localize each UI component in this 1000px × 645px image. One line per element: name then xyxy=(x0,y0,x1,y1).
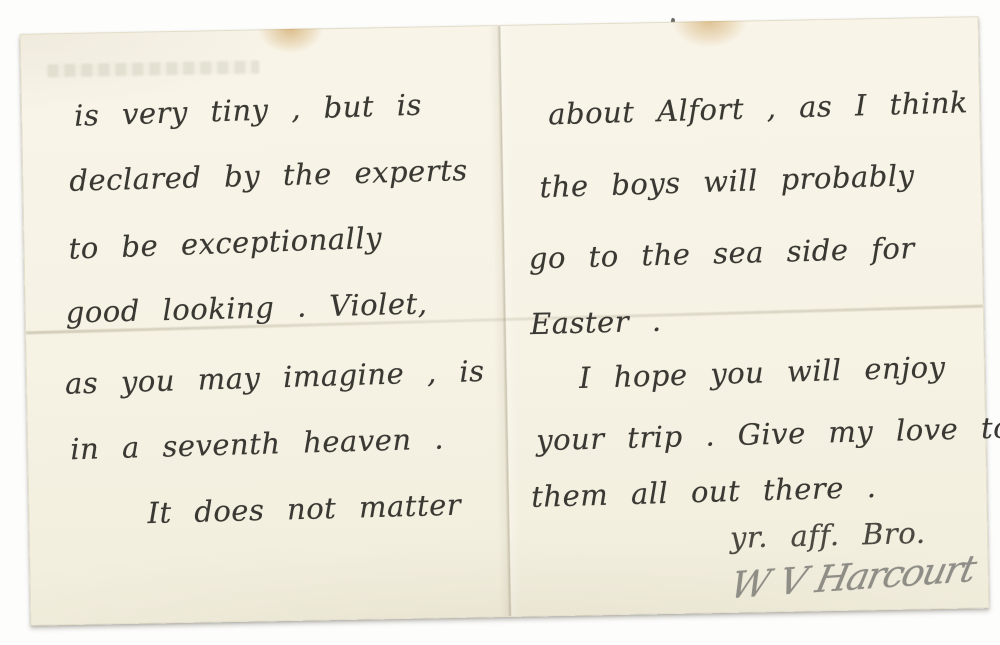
handwriting-line: in a seventh heaven . xyxy=(70,420,505,466)
handwriting-line: go to the sea side for xyxy=(528,230,969,276)
signature: W V Harcourt xyxy=(727,547,979,607)
letter-page-right: about Alfort , as I think the boys will … xyxy=(514,88,975,616)
embossed-letterhead xyxy=(47,60,259,77)
letter-paper: is very tiny , but is declared by the ex… xyxy=(20,16,990,625)
handwriting-line: your trip . Give my love to xyxy=(536,412,973,458)
handwriting-line: to be exceptionally xyxy=(68,216,501,265)
handwriting-line: declared by the experts xyxy=(69,152,500,198)
handwriting-line: as you may imagine , is xyxy=(65,353,504,400)
handwriting-line: It does not matter xyxy=(147,486,506,530)
handwriting-line: good looking . Violet, xyxy=(65,285,502,330)
handwriting-line: the boys will probably xyxy=(539,157,968,205)
stain-mark xyxy=(673,21,747,48)
handwriting-line: about Alfort , as I think xyxy=(548,85,967,131)
handwriting-line: them all out there . xyxy=(531,467,974,514)
handwriting-line: Easter . xyxy=(530,296,971,341)
closing-line: yr. aff. Bro. xyxy=(730,515,975,555)
photo-background: is very tiny , but is declared by the ex… xyxy=(0,0,1000,645)
handwriting-line: I hope you will enjoy xyxy=(579,349,972,395)
stain-mark xyxy=(259,28,323,53)
handwriting-line: is very tiny , but is xyxy=(74,85,499,133)
letter-page-left: is very tiny , but is declared by the ex… xyxy=(52,88,507,616)
